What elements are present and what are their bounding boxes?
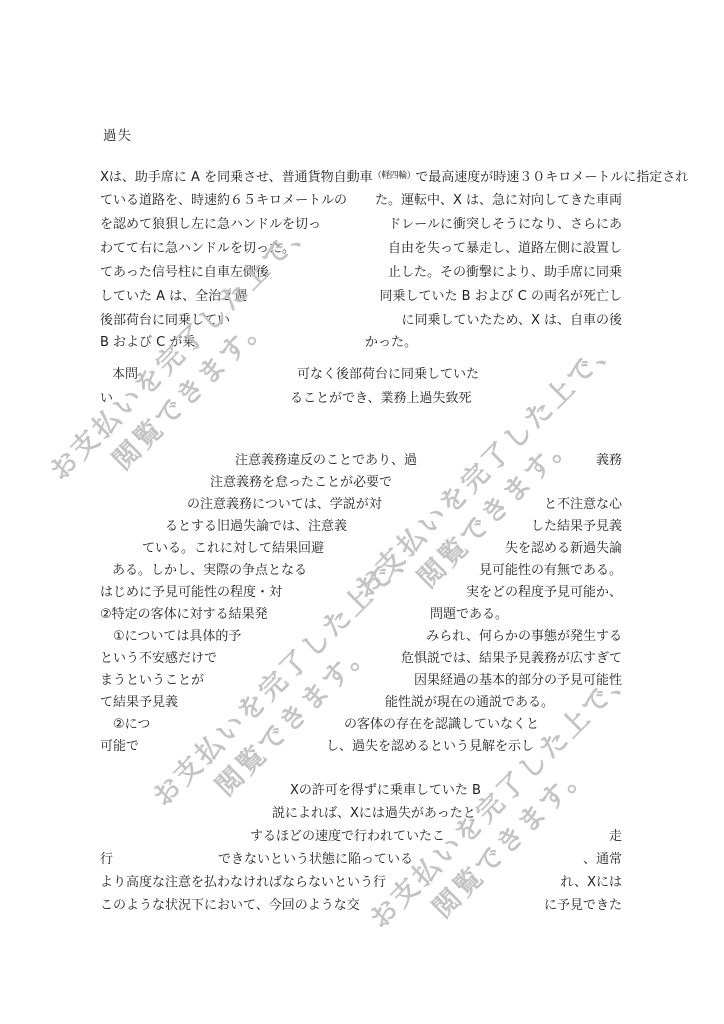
text-fragment: 後部荷台に同乗してい <box>100 313 230 328</box>
text-fragment: ある。しかし、実際の争点となる <box>112 562 307 579</box>
text-fragment: で最高速度が時速３０キロメートルに指定され <box>415 170 688 185</box>
text-line: わてて右に急ハンドルを切った。自由を失って暴走し、道路左側に設置し <box>100 240 622 257</box>
text-line: Xは、助手席に A を同乗させ、普通貨物自動車（軽四輪）で最高速度が時速３０キロ… <box>100 168 622 185</box>
text-fragment: た。運転中、X は、急に対向してきた車両 <box>375 192 622 209</box>
text-fragment: れ、Xには <box>560 874 622 891</box>
text-fragment: B および C が乗 <box>100 335 195 350</box>
text-fragment: みられ、何らかの事態が発生する <box>426 628 622 645</box>
text-line: を認めて狼狽し左に急ハンドルを切っドレールに衝突しそうになり、さらにあ <box>100 216 622 233</box>
text-fragment: 因果経過の基本的部分の予見可能性 <box>414 672 622 689</box>
text-fragment: の客体の存在を認識していなくと <box>344 716 539 733</box>
text-line: いることができ、業務上過失致死 <box>100 390 622 407</box>
text-line: るとする旧過失論では、注意義した結果予見義 <box>100 518 622 535</box>
text-line: 後部荷台に同乗していに同乗していたため、X は、自車の後 <box>100 312 622 329</box>
text-fragment: 実をどの程度予見可能か、 <box>466 584 622 601</box>
text-line: 注意義務違反のことであり、過義務 <box>100 452 622 469</box>
text-fragment: 注意義務違反のことであり、過 <box>235 452 417 469</box>
text-fragment: はじめに予見可能性の程度・対 <box>100 585 282 600</box>
text-fragment: できないという状態に陥っている <box>218 851 413 868</box>
text-fragment: い <box>100 391 113 406</box>
text-fragment: 説によれば、Xには過失があったと <box>272 805 476 822</box>
text-line: ている道路を、時速約６５キロメートルのた。運転中、X は、急に対向してきた車両 <box>100 192 622 209</box>
text-fragment: の注意義務については、学説が対 <box>187 496 382 513</box>
text-fragment: 止した。その衝撃により、助手席に同乗 <box>388 264 622 281</box>
text-fragment: 行 <box>100 852 113 867</box>
text-line: ②特定の客体に対する結果発問題である。 <box>100 606 622 623</box>
text-fragment: 走 <box>609 828 622 845</box>
text-line: 本問可なく後部荷台に同乗していた <box>100 366 622 383</box>
text-fragment: このような状況下において、今回のような交 <box>100 898 360 913</box>
text-fragment: するほどの速度で行われていたこ <box>250 828 445 845</box>
text-line: の注意義務については、学説が対と不注意な心 <box>100 496 622 513</box>
text-fragment: に予見できた <box>544 897 622 914</box>
text-fragment: に同乗していたため、X は、自車の後 <box>401 312 622 329</box>
text-fragment: Xの許可を得ずに乗車していた B <box>290 782 481 799</box>
text-line: ①については具体的予みられ、何らかの事態が発生する <box>100 628 622 645</box>
text-fragment: 可能で <box>100 739 139 754</box>
text-line: という不安感だけで危惧説では、結果予見義務が広すぎて <box>100 650 622 667</box>
text-fragment: ることができ、業務上過失致死 <box>290 390 471 407</box>
text-fragment: まうということが <box>100 673 204 688</box>
text-line: このような状況下において、今回のような交に予見できた <box>100 897 622 914</box>
text-fragment: 危惧説では、結果予見義務が広すぎて <box>401 650 622 667</box>
text-line: て結果予見義能性説が現在の通説である。 <box>100 694 622 711</box>
text-fragment: ている道路を、時速約６５キロメートルの <box>100 193 347 208</box>
text-fragment: 見可能性の有無である。 <box>479 562 622 579</box>
text-fragment: 可なく後部荷台に同乗していた <box>297 366 479 383</box>
text-line: 行できないという状態に陥っている、通常 <box>100 851 622 868</box>
text-fragment: と不注意な心 <box>544 496 622 513</box>
text-line: 説によれば、Xには過失があったと <box>100 805 622 822</box>
text-fragment: していた A は、全治２週 <box>100 289 247 304</box>
text-fragment: した結果予見義 <box>531 518 622 535</box>
text-line: B および C が乗かった。 <box>100 334 622 351</box>
text-fragment: てあった信号柱に自車左側後 <box>100 265 269 280</box>
document-body: Xは、助手席に A を同乗させ、普通貨物自動車（軽四輪）で最高速度が時速３０キロ… <box>100 0 622 1024</box>
text-fragment: ている。これに対して結果回避 <box>142 540 324 557</box>
text-fragment: ②につ <box>113 716 150 733</box>
text-fragment: 能性説が現在の通説である。 <box>385 694 554 711</box>
text-line: ている。これに対して結果回避失を認める新過失論 <box>100 540 622 557</box>
text-fragment: 注意義務を怠ったことが必要で <box>210 474 392 491</box>
text-fragment: ②特定の客体に対する結果発 <box>100 607 268 622</box>
text-fragment: 本問 <box>112 366 138 383</box>
text-line: てあった信号柱に自車左側後止した。その衝撃により、助手席に同乗 <box>100 264 622 281</box>
text-fragment: て結果予見義 <box>100 695 178 710</box>
text-fragment: ドレールに衝突しそうになり、さらにあ <box>388 216 622 233</box>
text-line: より高度な注意を払わなければならないという行れ、Xには <box>100 874 622 891</box>
text-fragment: Xは、助手席に A を同乗させ、普通貨物自動車 <box>100 170 373 185</box>
text-line: ②につの客体の存在を認識していなくと <box>100 716 622 733</box>
text-fragment: かった。 <box>365 334 417 351</box>
text-line: 注意義務を怠ったことが必要で <box>100 474 622 491</box>
text-fragment: 問題である。 <box>430 606 508 623</box>
text-fragment: という不安感だけで <box>100 651 217 666</box>
text-fragment: 同乗していた B および C の両名が死亡し <box>379 288 622 305</box>
text-fragment: ①については具体的予 <box>113 628 241 645</box>
text-line: ある。しかし、実際の争点となる見可能性の有無である。 <box>100 562 622 579</box>
text-line: まうということが因果経過の基本的部分の予見可能性 <box>100 672 622 689</box>
text-fragment: 、通常 <box>583 851 622 868</box>
text-fragment: し、過失を認めるという見解を示し <box>326 738 534 755</box>
text-fragment: 失を認める新過失論 <box>505 540 622 557</box>
text-fragment: わてて右に急ハンドルを切った。 <box>100 241 295 256</box>
text-fragment: より高度な注意を払わなければならないという行 <box>100 875 386 890</box>
document-page: 過失 Xは、助手席に A を同乗させ、普通貨物自動車（軽四輪）で最高速度が時速３… <box>0 0 724 1024</box>
text-fragment: 義務 <box>596 452 622 469</box>
text-line: Xの許可を得ずに乗車していた B <box>100 782 622 799</box>
text-line: していた A は、全治２週同乗していた B および C の両名が死亡し <box>100 288 622 305</box>
text-fragment: （軽四輪） <box>373 171 416 181</box>
text-fragment: を認めて狼狽し左に急ハンドルを切っ <box>100 217 321 232</box>
text-line: はじめに予見可能性の程度・対実をどの程度予見可能か、 <box>100 584 622 601</box>
text-line: するほどの速度で行われていたこ走 <box>100 828 622 845</box>
text-fragment: 自由を失って暴走し、道路左側に設置し <box>388 240 622 257</box>
text-fragment: るとする旧過失論では、注意義 <box>165 518 347 535</box>
text-line: 可能でし、過失を認めるという見解を示し <box>100 738 622 755</box>
